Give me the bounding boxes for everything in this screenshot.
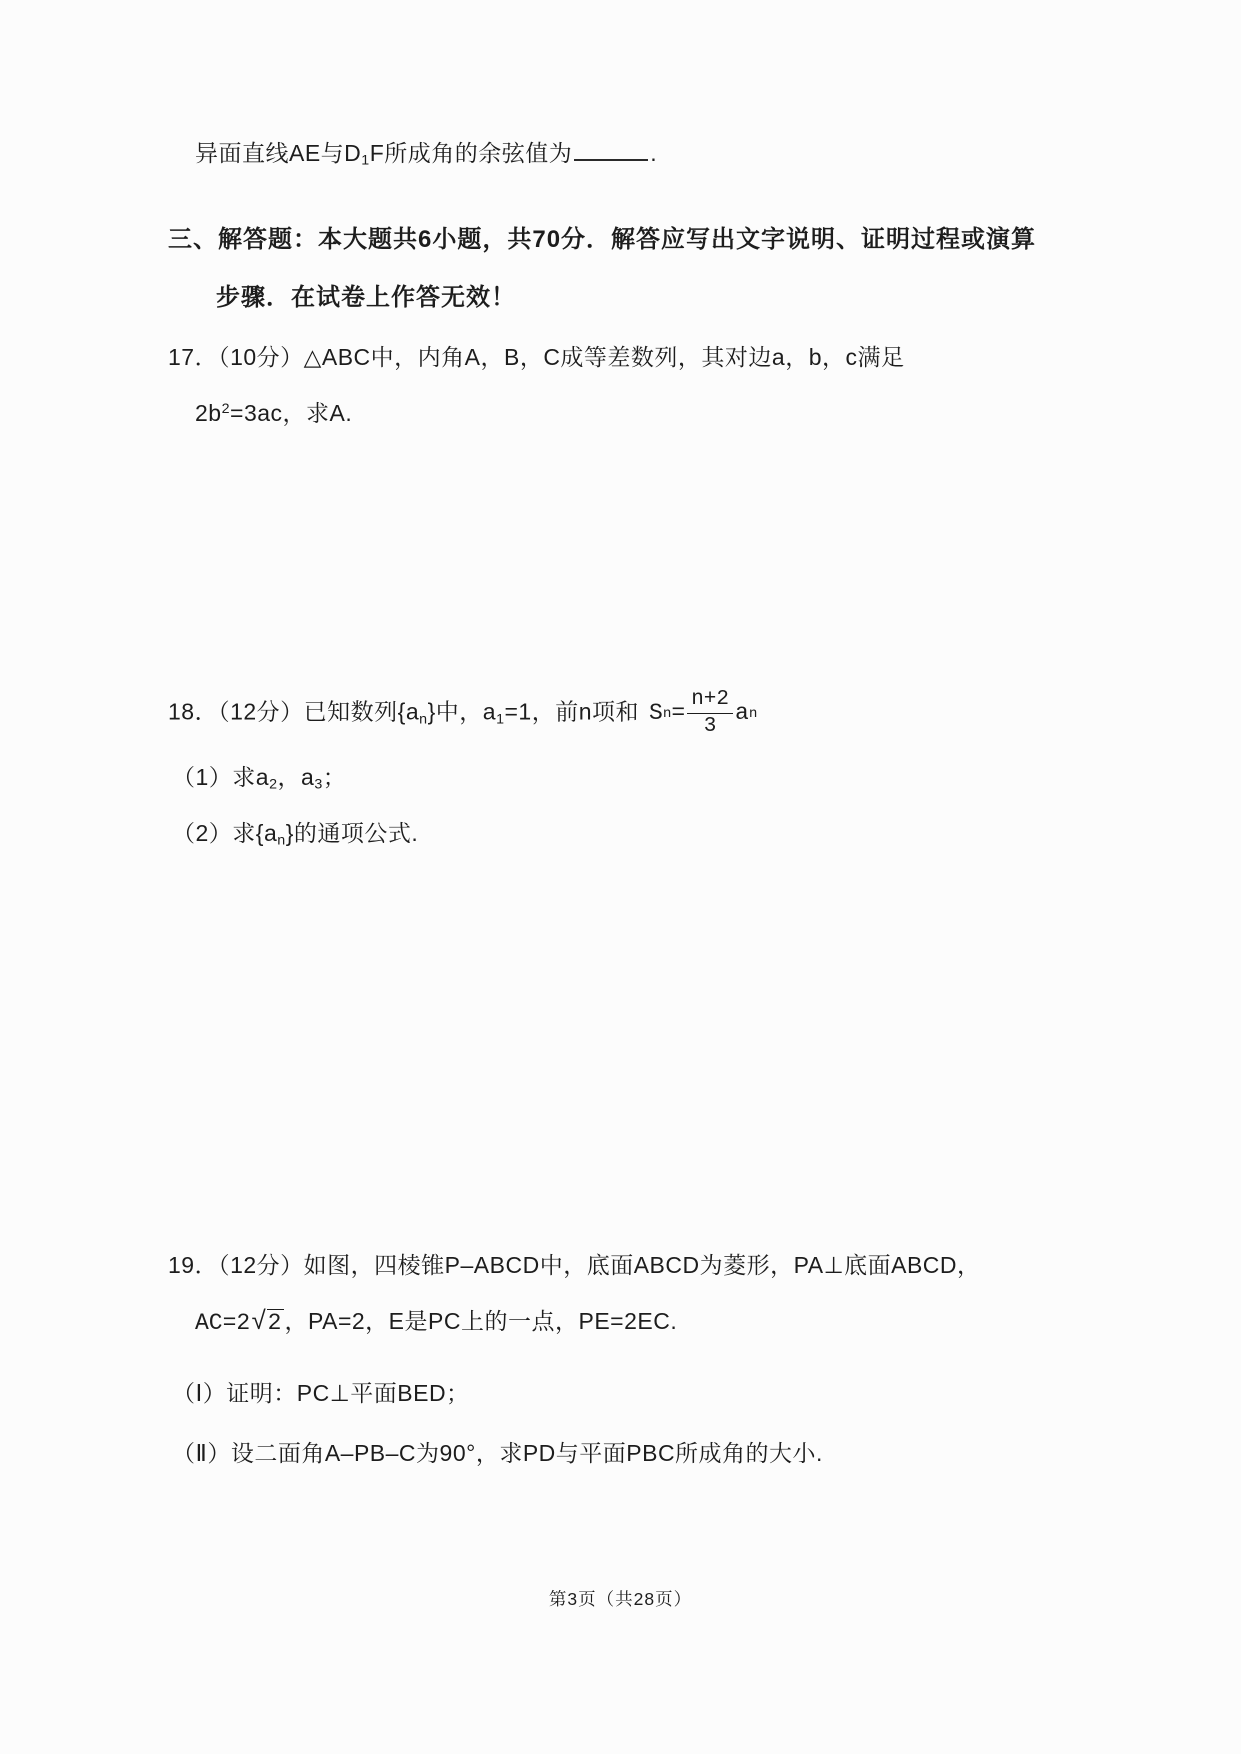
- section-header-line1: 三、解答题：本大题共6小题，共70分．解答应写出文字说明、证明过程或演算: [168, 224, 1036, 256]
- q18-item2-end: }的通项公式.: [286, 820, 419, 846]
- q18-item1-sub3: 3: [314, 777, 322, 793]
- question-19-line2: AC=2√2，PA=2，E是PC上的一点，PE=2EC.: [195, 1306, 677, 1341]
- q19-radicand: 2: [267, 1309, 285, 1336]
- q18-head-mid1: }中，a: [428, 699, 496, 725]
- q18-item1-sub2: 2: [269, 777, 277, 793]
- q18-item1-end: ；: [323, 764, 347, 790]
- formula-lhs: S: [649, 698, 663, 729]
- fill-blank-line: 异面直线AE与D1F所成角的余弦值为.: [195, 136, 657, 169]
- fill-blank-subscript: 1: [361, 153, 369, 169]
- question-17-line2: 2b2=3ac，求A.: [195, 398, 352, 429]
- question-18-item1: （1）求a2，a3；: [172, 762, 346, 793]
- fill-blank-period: .: [650, 140, 657, 166]
- formula-rhs: a: [735, 698, 749, 729]
- formula-fraction: n+23: [687, 688, 733, 739]
- q18-item1-mid: ，a: [278, 764, 315, 790]
- q18-item2-pre: （2）求{a: [172, 820, 277, 846]
- q18-head-sub-n: n: [419, 711, 427, 727]
- question-18-item2: （2）求{an}的通项公式.: [172, 818, 418, 849]
- answer-blank-underline: [574, 136, 648, 161]
- q18-item1-pre: （1）求a: [172, 764, 269, 790]
- q17-equation-superscript: 2: [222, 401, 230, 417]
- formula-denominator: 3: [704, 714, 717, 739]
- q18-head-mid2: =1，前n项和: [505, 699, 640, 725]
- question-19-item2: （Ⅱ）设二面角A–PB–C为90°，求PD与平面PBC所成角的大小.: [172, 1438, 823, 1469]
- q17-equation-base: 2b: [195, 400, 222, 426]
- q18-sum-formula: Sn=n+23an: [649, 688, 757, 739]
- q17-equation-rest: =3ac，求A.: [230, 400, 352, 426]
- question-17-line1: 17．（10分）△ABC中，内角A，B，C成等差数列，其对边a，b，c满足: [168, 342, 905, 373]
- question-19-line1: 19．（12分）如图，四棱锥P–ABCD中，底面ABCD为菱形，PA⊥底面ABC…: [168, 1250, 981, 1281]
- q18-head-pre: 18．（12分）已知数列{a: [168, 699, 419, 725]
- formula-equals: =: [671, 698, 685, 729]
- question-18-head: 18．（12分）已知数列{an}中，a1=1，前n项和Sn=n+23an: [168, 688, 757, 739]
- question-19-item1: （Ⅰ）证明：PC⊥平面BED；: [172, 1378, 470, 1409]
- fill-blank-text-post: F所成角的余弦值为: [370, 140, 573, 166]
- q19-ac-equation: AC=2: [195, 1310, 250, 1336]
- q18-head-sub-1: 1: [496, 711, 504, 727]
- q19-line2-rest: ，PA=2，E是PC上的一点，PE=2EC.: [284, 1308, 677, 1334]
- exam-page: 异面直线AE与D1F所成角的余弦值为. 三、解答题：本大题共6小题，共70分．解…: [0, 0, 1241, 1754]
- section-header-line2: 步骤．在试卷上作答无效！: [216, 282, 516, 314]
- page-footer: 第3页（共28页）: [0, 1586, 1241, 1611]
- radical-sign: √: [251, 1308, 266, 1337]
- formula-numerator: n+2: [687, 688, 733, 714]
- q18-item2-sub-n: n: [277, 833, 285, 849]
- fill-blank-text-pre: 异面直线AE与D: [195, 140, 361, 166]
